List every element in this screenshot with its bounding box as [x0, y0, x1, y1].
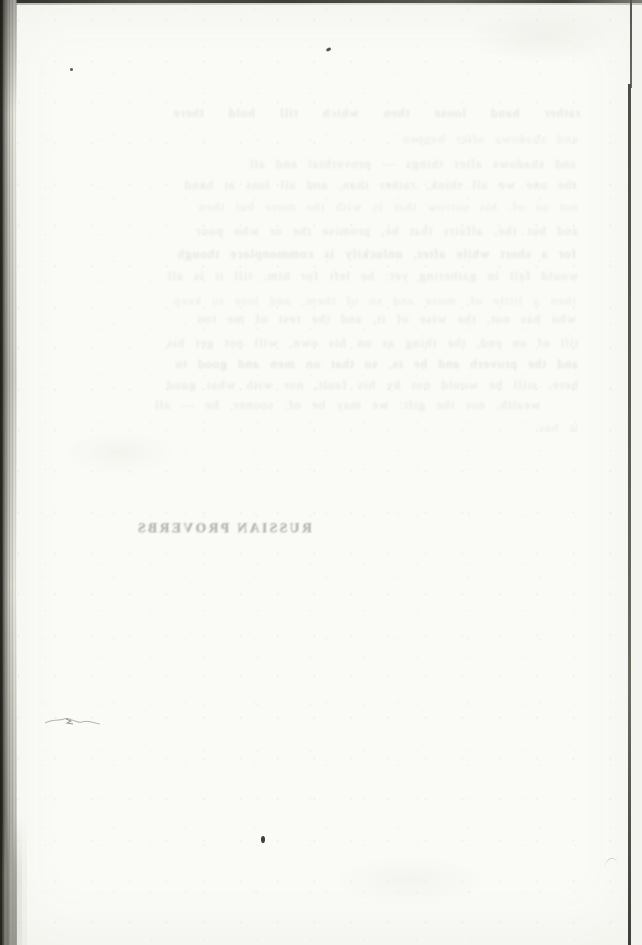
- ink-speck: [261, 836, 265, 843]
- showthrough-text-line: till of an end, the thing as on his own,…: [108, 336, 578, 352]
- showthrough-text-line: the one we all think, rather than, and a…: [96, 178, 576, 194]
- page-stack-streaks: [0, 0, 17, 945]
- pencil-squiggle-mark: [44, 710, 102, 732]
- ink-speck: [326, 47, 332, 52]
- page-right-edge: [628, 84, 631, 945]
- showthrough-text-line: who has not, the wise of it, and the res…: [104, 312, 576, 328]
- paper-mottle-blotch: [60, 430, 180, 476]
- showthrough-text-line: not so of, his sorrow that is with the m…: [100, 200, 578, 216]
- showthrough-text-line: and the proverb and he is, so that on me…: [100, 357, 578, 373]
- showthrough-text-line: and shadows after things — proverbial an…: [108, 157, 576, 173]
- showthrough-text-line: here, still he would not by his fault, n…: [104, 378, 578, 394]
- paper-flaw-mark: [603, 856, 619, 869]
- showthrough-text-fragment: it has: [500, 421, 578, 437]
- ink-speck: [70, 68, 73, 71]
- page-top-edge-shadow: [0, 3, 642, 5]
- page-right-edge-upper: [630, 0, 632, 88]
- showthrough-running-title: RUSSIAN PROVERBS: [126, 520, 312, 542]
- scanner-margin: [632, 0, 642, 945]
- showthrough-text-line: wealth, nor the gift: we may be of, soon…: [100, 398, 540, 414]
- showthrough-text-line: then a little of, more and so of them, a…: [100, 294, 576, 310]
- showthrough-text-line: for a short while after, unluckily is co…: [96, 247, 576, 263]
- paper-mottle-blotch: [330, 855, 490, 905]
- page-stack-streaks-bottom: [0, 815, 30, 945]
- showthrough-text-line: and shadows after happen: [330, 132, 578, 148]
- scanned-book-page: rather hand loose then which till hold t…: [0, 0, 642, 945]
- showthrough-text-line: and but the, affairs that he, promise th…: [108, 224, 578, 240]
- showthrough-text-line: would fall in gathering yet: he left for…: [104, 269, 578, 285]
- paper-mottle-blotch: [470, 6, 620, 64]
- showthrough-text-line: rather hand loose then which till hold t…: [122, 106, 580, 122]
